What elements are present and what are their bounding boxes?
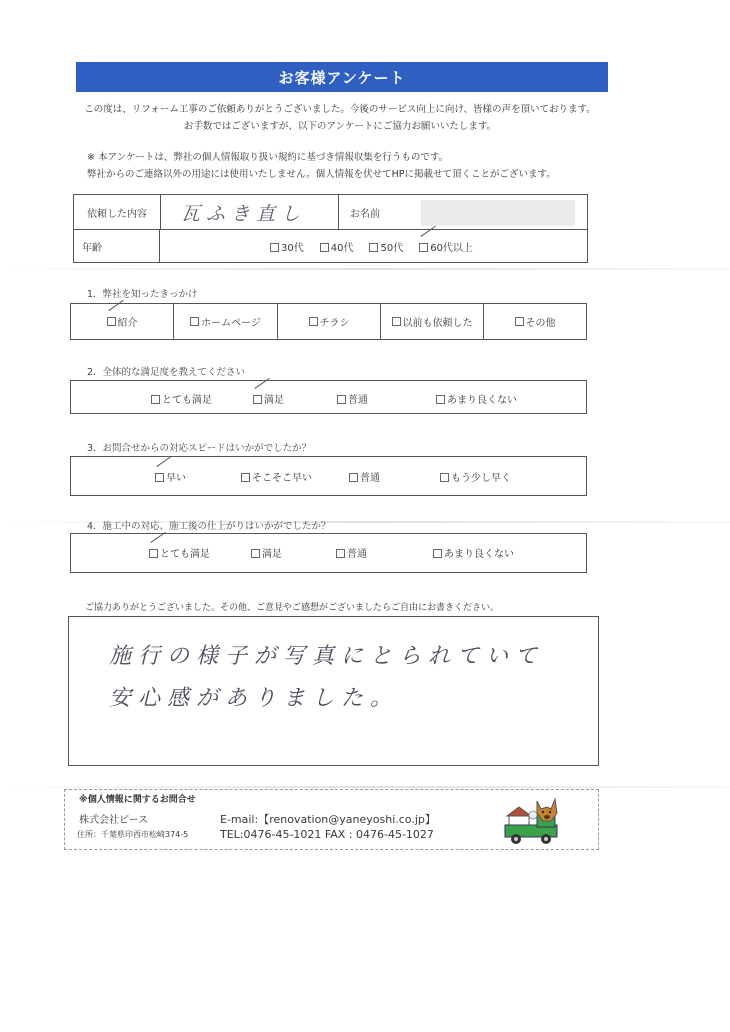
form-title: お客様アンケート [76,62,608,92]
paper-fold [0,268,730,270]
checkbox-icon[interactable] [270,243,279,252]
question-1-options: 紹介 ホームページ チラシ 以前も依頼した その他 [70,303,587,340]
checkbox-icon[interactable] [251,549,260,558]
checkbox-icon[interactable] [337,395,346,404]
checkbox-icon[interactable] [440,473,449,482]
checkbox-icon[interactable] [151,395,160,404]
q2-option-average[interactable]: 普通 [337,391,368,406]
comment-line-2: 安心感がありました。 [109,681,399,712]
q1-option-other[interactable]: その他 [484,304,586,339]
question-3-label: 3．お問合せからの対応スピードはいかがでしたか？ [87,440,311,454]
name-field-redacted[interactable] [421,200,575,226]
q1-option-referral[interactable]: 紹介 [71,304,173,339]
notice-line-1: ※ 本アンケートは、弊社の個人情報取り扱い規約に基づき情報収集を行うものです。 [87,149,448,163]
comments-label: ご協力ありがとうございました。その他、ご意見やご感想がございましたらご自由にお書… [85,600,499,613]
customer-info-table: 依頼した内容 瓦ふき直し お名前 年齢 30代 40代 50代 60代以上 [73,194,588,263]
intro-line-2: お手数ではございますが、以下のアンケートにご協力お願いいたします。 [60,118,620,132]
dog-driving-truck-icon [501,795,565,847]
q3-option-fast[interactable]: 早い [155,469,186,484]
age-option-50s[interactable]: 50代 [369,239,403,254]
question-3-options: 早い そこそこ早い 普通 もう少し早く [70,456,587,496]
company-name: 株式会社ピース [79,811,148,826]
q1-option-homepage[interactable]: ホームページ [174,304,277,339]
q3-option-faster-please[interactable]: もう少し早く [440,469,511,484]
question-4-label: 4．施工中の対応、施工後の仕上がりはいかがでしたか？ [87,518,331,532]
request-value-field[interactable]: 瓦ふき直し [161,195,339,229]
question-4-options: とても満足 満足 普通 あまり良くない [70,533,587,573]
checked-checkbox-icon[interactable] [253,395,262,404]
checkbox-icon[interactable] [309,317,318,326]
age-options: 30代 40代 50代 60代以上 [270,230,473,262]
checkbox-icon[interactable] [433,549,442,558]
question-2-label: 2．全体的な満足度を教えてください [87,364,245,378]
request-value: 瓦ふき直し [181,199,306,226]
q2-option-very-satisfied[interactable]: とても満足 [151,391,212,406]
request-label: 依頼した内容 [74,195,161,229]
age-row: 年齢 30代 40代 50代 60代以上 [74,230,587,262]
checkbox-icon[interactable] [241,473,250,482]
name-label: お名前 [340,195,422,229]
q4-option-average[interactable]: 普通 [336,545,367,560]
q3-option-fairly-fast[interactable]: そこそこ早い [241,469,312,484]
checkbox-icon[interactable] [436,395,445,404]
survey-page: お客様アンケート この度は、リフォーム工事のご依頼ありがとうございました。今後の… [0,0,730,1032]
age-option-60s-plus[interactable]: 60代以上 [419,239,473,254]
notice-line-2: 弊社からのご連絡以外の用途には使用いたしません。個人情報を伏せてHPに掲載せて頂… [87,166,556,180]
intro-line-1: この度は、リフォーム工事のご依頼ありがとうございました。今後のサービス向上に向け… [60,101,620,115]
footer-header: ※個人情報に関するお問合せ [79,792,196,805]
age-option-40s[interactable]: 40代 [320,239,354,254]
checkbox-icon[interactable] [369,243,378,252]
q4-option-not-good[interactable]: あまり良くない [433,545,514,560]
checked-checkbox-icon[interactable] [149,549,158,558]
q3-option-average[interactable]: 普通 [349,469,380,484]
request-row: 依頼した内容 瓦ふき直し お名前 [74,195,587,230]
checkbox-icon[interactable] [320,243,329,252]
checkbox-icon[interactable] [336,549,345,558]
checkbox-icon[interactable] [515,317,524,326]
checkbox-icon[interactable] [392,317,401,326]
company-address: 住所：千葉県印西市松崎374-5 [77,829,188,840]
q2-option-not-good[interactable]: あまり良くない [436,391,517,406]
age-label: 年齢 [74,230,160,262]
q2-option-satisfied[interactable]: 満足 [253,391,284,406]
checkbox-icon[interactable] [190,317,199,326]
checkbox-icon[interactable] [349,473,358,482]
q1-option-repeat[interactable]: 以前も依頼した [381,304,483,339]
q1-option-flyer[interactable]: チラシ [278,304,380,339]
paper-fold [0,786,730,788]
checked-checkbox-icon[interactable] [107,317,116,326]
age-option-30s[interactable]: 30代 [270,239,304,254]
q4-option-satisfied[interactable]: 満足 [251,545,282,560]
question-2-options: とても満足 満足 普通 あまり良くない [70,380,587,414]
contact-footer: ※個人情報に関するお問合せ 株式会社ピース 住所：千葉県印西市松崎374-5 E… [64,789,599,850]
comment-line-1: 施行の様子が写真にとられていて [109,639,544,670]
company-email: E-mail:【renovation@yaneyoshi.co.jp】 [220,811,436,827]
checked-checkbox-icon[interactable] [419,243,428,252]
comments-textarea[interactable]: 施行の様子が写真にとられていて 安心感がありました。 [68,616,599,766]
question-1-label: 1．弊社を知ったきっかけ [87,286,198,300]
checked-checkbox-icon[interactable] [155,473,164,482]
company-tel-fax: TEL:0476-45-1021 FAX : 0476-45-1027 [220,828,434,841]
q4-option-very-satisfied[interactable]: とても満足 [149,545,210,560]
